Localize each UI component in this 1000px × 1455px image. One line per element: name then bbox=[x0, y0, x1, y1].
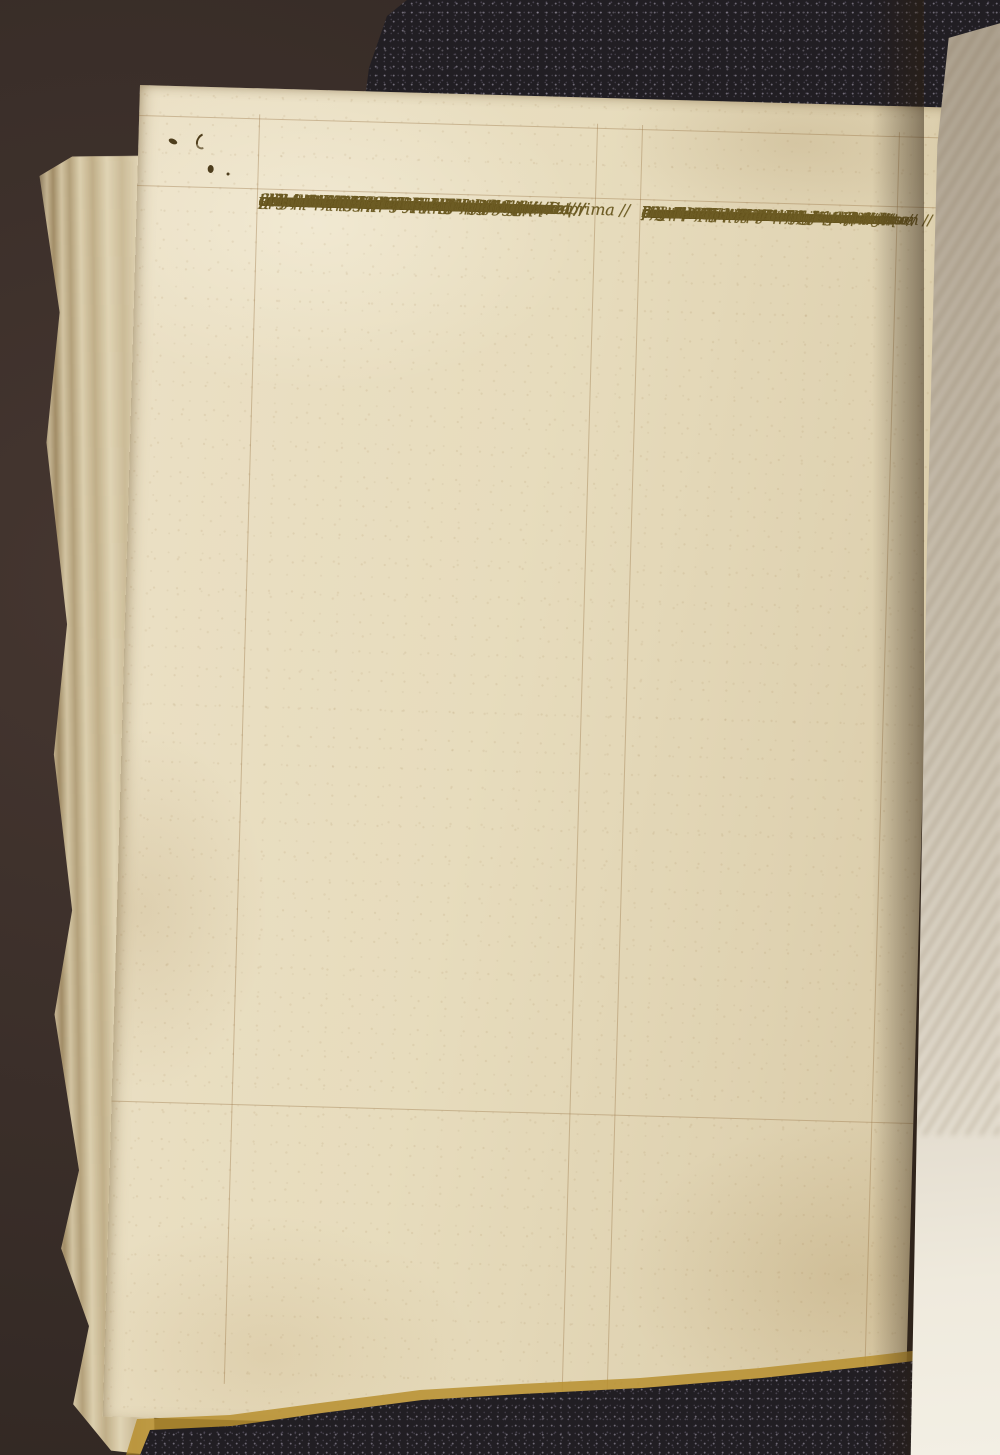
ink-blot bbox=[208, 165, 214, 173]
text-line: ma: philemenque. de ethiopia: bbox=[258, 187, 499, 220]
parchment-stains bbox=[103, 85, 942, 1439]
ruling-line-text-bottom bbox=[112, 1101, 914, 1124]
text-column-left: filius thelephi. ei conspectas reissoquo… bbox=[259, 187, 609, 197]
ruling-line-right-column-left bbox=[607, 125, 643, 1395]
ruling-line-left-column-right bbox=[562, 124, 598, 1394]
manuscript-page: filius thelephi. ei conspectas reissoquo… bbox=[103, 85, 942, 1439]
ink-blot bbox=[227, 172, 230, 175]
ink-blot bbox=[193, 131, 213, 152]
text-line: facta est. advenit achilles. v bbox=[641, 201, 839, 231]
ruling-line-top-margin bbox=[139, 115, 941, 138]
ink-blot bbox=[168, 137, 178, 145]
ruling-line-left-column-left bbox=[224, 114, 260, 1384]
manuscript-photograph: filius thelephi. ei conspectas reissoquo… bbox=[0, 0, 1000, 1455]
